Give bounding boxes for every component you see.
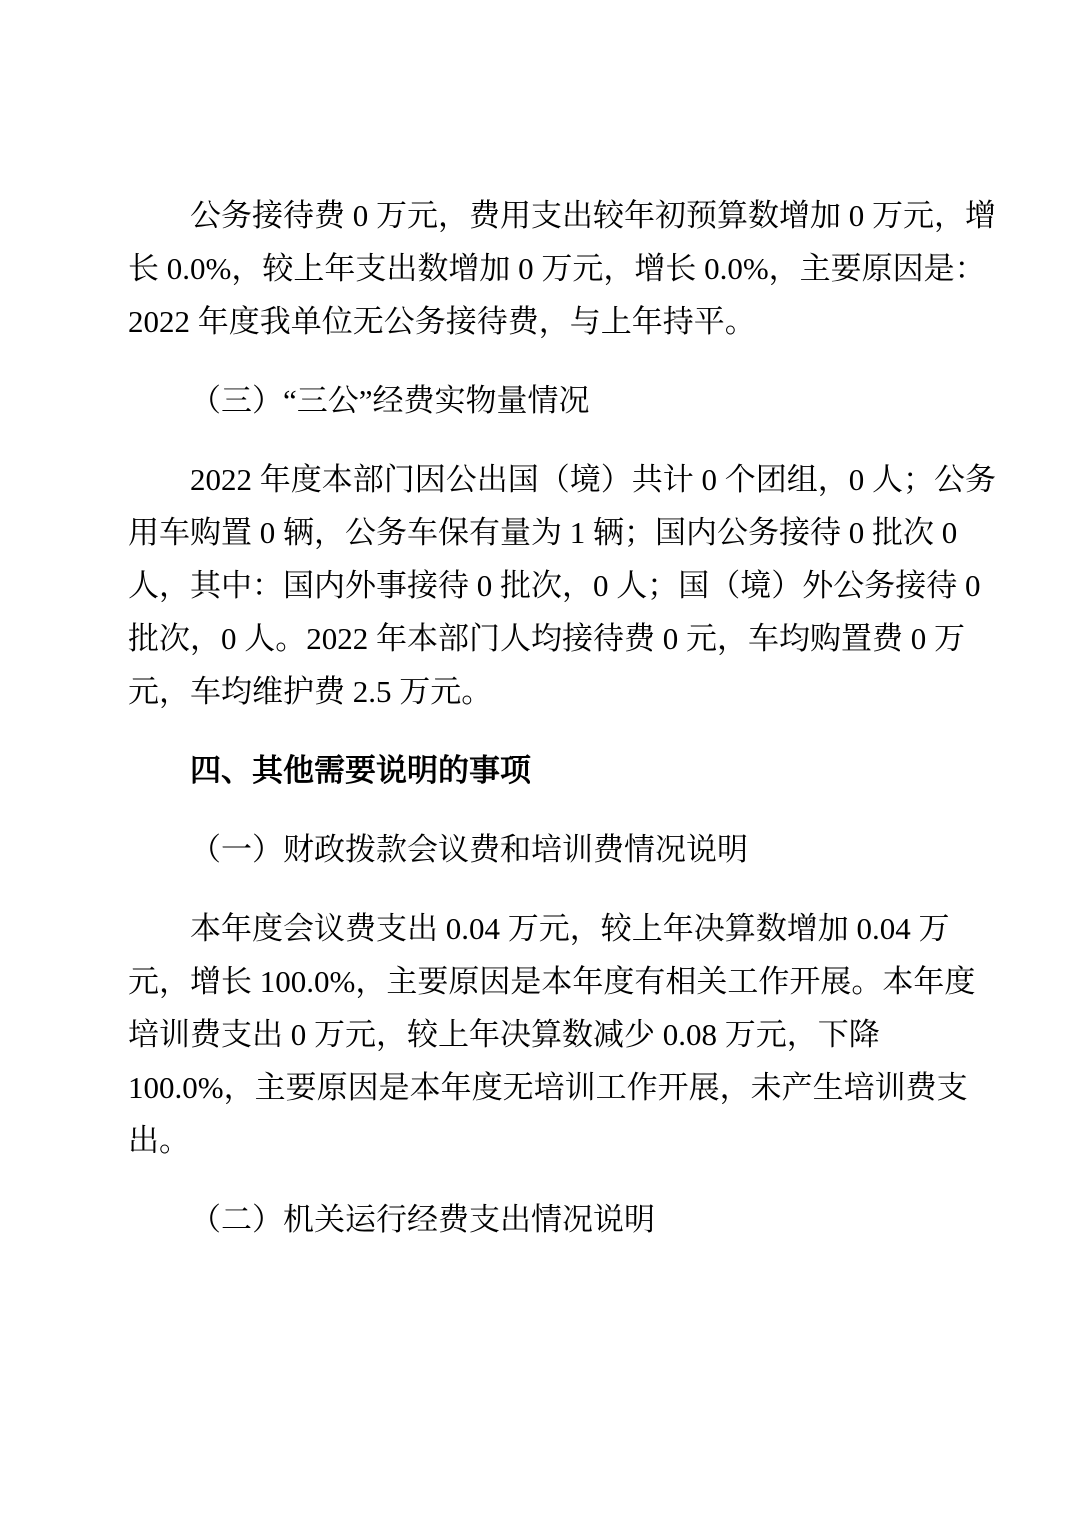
text-line: 批次，0 人。2022 年本部门人均接待费 0 元，车均购置费 0 万 xyxy=(128,612,947,665)
text-line: （二）机关运行经费支出情况说明 xyxy=(128,1193,947,1246)
text-line: 长 0.0%，较上年支出数增加 0 万元，增长 0.0%，主要原因是： xyxy=(128,242,947,295)
text-line: 本年度会议费支出 0.04 万元，较上年决算数增加 0.04 万 xyxy=(128,902,947,955)
text-line: 公务接待费 0 万元，费用支出较年初预算数增加 0 万元，增 xyxy=(128,189,947,242)
para-official-reception-expense: 公务接待费 0 万元，费用支出较年初预算数增加 0 万元，增长 0.0%，较上年… xyxy=(128,189,947,348)
text-line: 培训费支出 0 万元，较上年决算数减少 0.08 万元，下降 xyxy=(128,1008,947,1061)
text-line: （一）财政拨款会议费和培训费情况说明 xyxy=(128,823,947,876)
heading-meeting-and-training-fee: （一）财政拨款会议费和培训费情况说明 xyxy=(128,823,947,876)
text-line: 出。 xyxy=(128,1114,947,1167)
heading-three-public-funds-physical: （三）“三公”经费实物量情况 xyxy=(128,374,947,427)
text-line: 用车购置 0 辆，公务车保有量为 1 辆；国内公务接待 0 批次 0 xyxy=(128,506,947,559)
text-line: 2022 年度我单位无公务接待费，与上年持平。 xyxy=(128,295,947,348)
text-line: 2022 年度本部门因公出国（境）共计 0 个团组，0 人；公务 xyxy=(128,453,947,506)
text-line: 人，其中：国内外事接待 0 批次，0 人；国（境）外公务接待 0 xyxy=(128,559,947,612)
text-line: 元，增长 100.0%，主要原因是本年度有相关工作开展。本年度 xyxy=(128,955,947,1008)
para-physical-quantity-detail: 2022 年度本部门因公出国（境）共计 0 个团组，0 人；公务用车购置 0 辆… xyxy=(128,453,947,718)
document-page: 公务接待费 0 万元，费用支出较年初预算数增加 0 万元，增长 0.0%，较上年… xyxy=(0,0,1075,1521)
text-line: 四、其他需要说明的事项 xyxy=(128,744,947,797)
document-body: 公务接待费 0 万元，费用支出较年初预算数增加 0 万元，增长 0.0%，较上年… xyxy=(128,189,947,1246)
heading-section-four-other-matters: 四、其他需要说明的事项 xyxy=(128,744,947,797)
text-line: 元，车均维护费 2.5 万元。 xyxy=(128,665,947,718)
text-line: （三）“三公”经费实物量情况 xyxy=(128,374,947,427)
para-meeting-training-detail: 本年度会议费支出 0.04 万元，较上年决算数增加 0.04 万元，增长 100… xyxy=(128,902,947,1167)
heading-agency-operating-expense: （二）机关运行经费支出情况说明 xyxy=(128,1193,947,1246)
text-line: 100.0%，主要原因是本年度无培训工作开展，未产生培训费支 xyxy=(128,1061,947,1114)
